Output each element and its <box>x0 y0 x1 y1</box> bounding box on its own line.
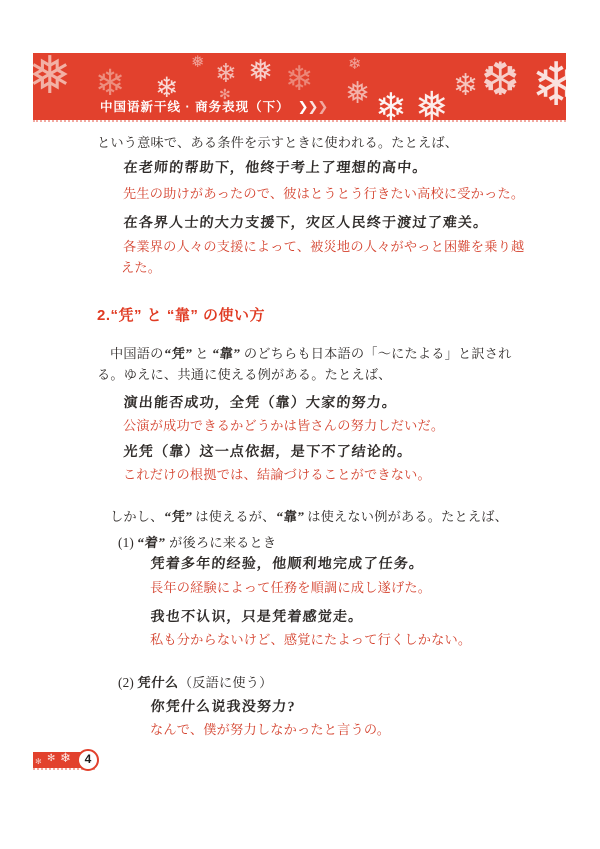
example-translation-ja: なんで、僕が努力しなかったと言うの。 <box>150 723 390 736</box>
header-banner: ❅ ❄ ❄ ❅ ❄ ✻ ❅ ❄ ❄ ❅ ❄ ❅ ❄ ❆ ❄ 中国语新干线 · 商… <box>33 53 566 120</box>
example-translation-ja: 長年の経験によって任務を順調に成し遂げた。 <box>150 581 431 594</box>
snowflake-icon: ❅ <box>415 87 449 120</box>
book-page: ❅ ❄ ❄ ❅ ❄ ✻ ❅ ❄ ❄ ❅ ❄ ❅ ❄ ❆ ❄ 中国语新干线 · 商… <box>0 0 600 849</box>
chevron-right-icon: ❯❯❯ <box>298 99 328 115</box>
snowflake-icon: ❄ <box>215 61 237 87</box>
paragraph-text: る。ゆえに、共通に使える例がある。たとえば、 <box>97 368 392 381</box>
snowflake-icon: ❄ <box>531 55 566 115</box>
cn-term: 凭什么 <box>137 676 179 689</box>
cn-term: “着” <box>137 536 166 549</box>
snowflake-icon: ❄ <box>453 71 478 101</box>
cn-term: “靠” <box>276 510 305 523</box>
example-translation-ja: 公演が成功できるかどうかは皆さんの努力しだいだ。 <box>123 419 444 432</box>
cn-term: “凭” <box>164 510 193 523</box>
banner-dotted-edge <box>33 120 566 122</box>
usage-note: しかし、“凭” は使えるが、“靠” は使えない例がある。たとえば、 <box>110 510 508 523</box>
example-translation-ja: これだけの根拠では、結論づけることができない。 <box>123 468 431 481</box>
snowflake-icon: ❄ <box>95 65 125 101</box>
example-sentence-cn: 光凭（靠）这一点依据，是下不了结论的。 <box>123 446 413 460</box>
banner-title-row: 中国语新干线 · 商务表现（下）❯❯❯ <box>100 97 327 115</box>
page-number-badge: 4 <box>77 749 99 771</box>
note-segment: しかし、 <box>110 509 164 524</box>
note-segment: は使えない例がある。たとえば、 <box>304 509 508 524</box>
example-sentence-cn: 在各界人士的大力支援下，灾区人民终于渡过了难关。 <box>123 217 489 231</box>
list-item-1: (1) “着” が後ろに来るとき <box>118 536 276 549</box>
snowflake-icon: ❄ <box>375 89 407 120</box>
paragraph-segment: 中国語の <box>110 346 164 361</box>
snowflake-icon: ❆ <box>481 57 520 103</box>
intro-text: という意味で、ある条件を示すときに使われる。たとえば、 <box>97 136 458 149</box>
snowflake-icon: ❅ <box>191 55 204 71</box>
snowflake-icon: ✻ <box>35 758 42 766</box>
item-text: （反語に使う） <box>179 675 273 690</box>
example-translation-ja: 先生の助けがあったので、彼はとうとう行きたい高校に受かった。 <box>123 187 524 200</box>
example-sentence-cn: 你凭什么说我没努力? <box>150 701 296 715</box>
banner-title: 中国语新干线 · 商务表现（下） <box>100 100 290 114</box>
list-item-2: (2) 凭什么（反語に使う） <box>118 676 273 689</box>
example-translation-ja: 私も分からないけど、感覚にたよって行くしかない。 <box>150 633 471 646</box>
snowflake-icon: ❄ <box>348 57 361 73</box>
item-text: が後ろに来るとき <box>166 535 277 550</box>
cn-term: “靠” <box>212 347 241 360</box>
snowflake-icon: ❅ <box>248 57 273 87</box>
example-sentence-cn: 在老师的帮助下，他终于考上了理想的高中。 <box>123 162 428 176</box>
snowflake-icon: ❅ <box>33 53 72 103</box>
snowflake-icon: ❄ <box>285 63 314 97</box>
item-number: (2) <box>118 675 137 690</box>
paragraph-segment: のどちらも日本語の「～にたよる」と訳され <box>240 346 511 361</box>
paragraph-text: 中国語の“凭” と “靠” のどちらも日本語の「～にたよる」と訳され <box>110 347 512 360</box>
note-segment: は使えるが、 <box>192 509 276 524</box>
example-sentence-cn: 演出能否成功，全凭（靠）大家的努力。 <box>123 397 398 411</box>
item-number: (1) <box>118 535 137 550</box>
example-translation-ja: えた。 <box>121 261 161 274</box>
section-heading: 2.“凭” と “靠” の使い方 <box>97 308 265 323</box>
snowflake-icon: ✻ <box>47 754 55 764</box>
paragraph-segment: と <box>192 346 212 361</box>
snowflake-icon: ❄ <box>60 751 71 764</box>
example-sentence-cn: 我也不认识，只是凭着感觉走。 <box>150 611 364 625</box>
example-sentence-cn: 凭着多年的经验，他顺利地完成了任务。 <box>150 558 425 572</box>
cn-term: “凭” <box>164 347 193 360</box>
example-translation-ja: 各業界の人々の支援によって、被災地の人々がやっと困難を乗り越 <box>123 240 524 253</box>
snowflake-icon: ❅ <box>345 79 370 109</box>
